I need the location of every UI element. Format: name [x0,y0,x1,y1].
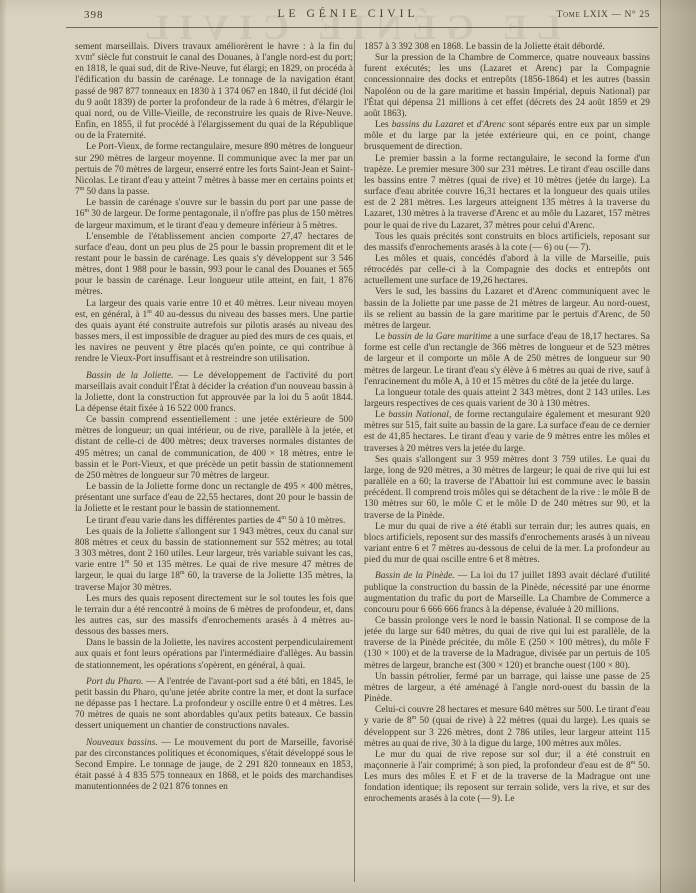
paragraph: Sur la pression de la Chambre de Commerc… [364,53,650,120]
paragraph: 1857 à 3 392 308 en 1868. Le bassin de l… [364,42,650,53]
journal-page: LE GÉNIE CIVIL 398 LE GÉNIE CIVIL Tome L… [0,0,696,893]
paragraph: Les murs des quais reposent directement … [75,594,353,639]
paragraph: Le mur du quai de rive repose sur sol du… [364,750,650,806]
paragraph: Le mur du quai de rive a été établi sur … [364,522,650,567]
paragraph: Ce bassin comprend essentiellement : une… [75,415,353,482]
paragraph: Ses quais s'allongent sur 3 959 mètres d… [364,455,650,522]
paragraph: Tous les quais précités sont construits … [364,232,650,254]
header-rule [66,27,658,28]
paragraph: L'ensemble de l'établissement ancien com… [75,232,353,299]
paragraph: Dans le bassin de la Joliette, les navir… [75,638,353,671]
paragraph: Le bassin de la Gare maritime a une surf… [364,332,650,388]
paragraph: Le bassin de carénage s'ouvre sur le bas… [75,198,353,231]
paragraph: Celui-ci couvre 28 hectares et mesure 64… [364,705,650,750]
paragraph: Nouveaux bassins. — Le mouvement du port… [75,738,353,794]
column-divider [354,40,355,882]
paragraph: Port du Pharo. — A l'entrée de l'avant-p… [75,677,353,733]
paragraph: Le premier bassin a la forme rectangulai… [364,154,650,232]
paragraph: sement marseillais. Divers travaux améli… [75,42,353,142]
paragraph: Le tirant d'eau varie dans les différent… [75,516,353,527]
paragraph: Bassin de la Joliette. — Le développemen… [75,371,353,416]
right-column: 1857 à 3 392 308 en 1868. Le bassin de l… [364,42,650,890]
paragraph: La longueur totale des quais atteint 2 3… [364,388,650,410]
paragraph: Les bassins du Lazaret et d'Arenc sont s… [364,120,650,153]
issue-label: Tome LXIX — N° 25 [557,10,650,20]
paragraph: Un bassin pétrolier, fermé par un barrag… [364,672,650,705]
paragraph: Bassin de la Pinède. — La loi du 17 juil… [364,571,650,616]
paragraph: La largeur des quais varie entre 10 et 4… [75,299,353,366]
paragraph: Les quais de la Joliette s'allongent sur… [75,527,353,594]
paragraph: Le bassin de la Joliette forme donc un r… [75,482,353,515]
left-column: sement marseillais. Divers travaux améli… [75,42,353,890]
paragraph: Ce bassin prolonge vers le nord le bassi… [364,616,650,672]
paragraph: Les môles et quais, concédés d'abord à l… [364,254,650,287]
page-edge-line [660,0,661,893]
paragraph: Vers le sud, les bassins du Lazaret et d… [364,287,650,332]
paragraph: Le bassin National, de forme rectangulai… [364,410,650,455]
paragraph: Le Port-Vieux, de forme rectangulaire, m… [75,142,353,198]
page-edge-shadow [661,0,696,893]
